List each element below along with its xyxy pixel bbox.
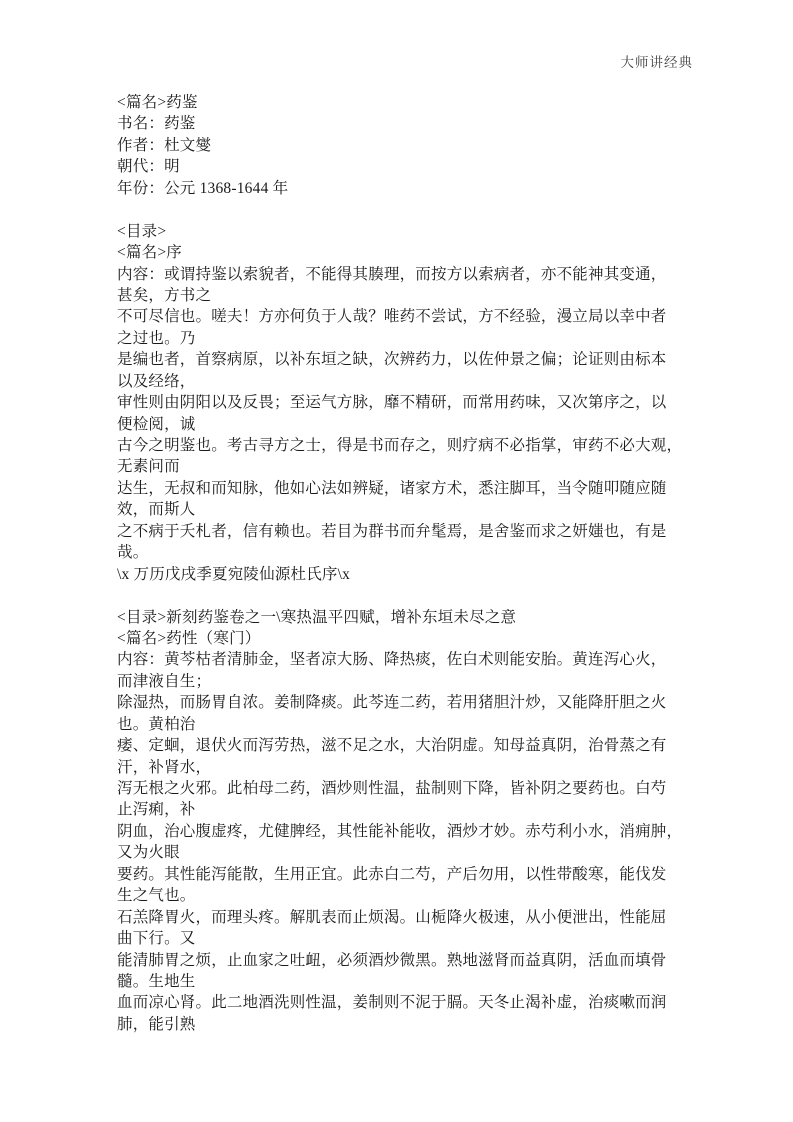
text-line: 而津液自生； [117,671,693,692]
text-line: 之过也。乃 [117,328,693,349]
text-line: 又为火眼 [117,842,693,863]
text-line: 内容：或谓持鉴以索貌者，不能得其腠理，而按方以索病者，亦不能神其变通， [117,264,693,285]
text-line: <目录> [117,221,693,242]
text-line: 作者：杜文燮 [117,135,693,156]
text-line: 年份：公元 1368-1644 年 [117,178,693,199]
text-line: 肺，能引熟 [117,1014,693,1035]
text-line: <篇名>序 [117,242,693,263]
text-line: 以及经络， [117,371,693,392]
text-line: 汗，补肾水， [117,757,693,778]
text-line: 除湿热，而肠胃自浓。姜制降痰。此芩连二药，若用猪胆汁炒，又能降肝胆之火 [117,692,693,713]
text-line: <目录>新刻药鉴卷之一\寒热温平四赋，增补东垣未尽之意 [117,607,693,628]
text-line: 无素问而 [117,456,693,477]
blank-line [117,585,693,606]
text-line: 审性则由阴阳以及反畏；至运气方脉，靡不精研，而常用药味，又次第序之，以 [117,392,693,413]
text-line: 曲下行。又 [117,928,693,949]
text-line: 哉。 [117,542,693,563]
text-line: \x 万历戊戌季夏宛陵仙源杜氏序\x [117,564,693,585]
text-line: 内容：黄芩枯者清肺金，坚者凉大肠、降热痰，佐白术则能安胎。黄连泻心火， [117,649,693,670]
text-line: 之不病于夭札者，信有赖也。若目为群书而弁髦焉，是舍鉴而求之妍媸也，有是 [117,521,693,542]
text-line: 髓。生地生 [117,971,693,992]
document-page: 大师讲经典 <篇名>药鉴书名：药鉴作者：杜文燮朝代：明年份：公元 1368-16… [0,0,793,1122]
text-line: 达生，无叔和而知脉，他如心法如辨疑，诸家方术，悉注脚耳，当令随叩随应随 [117,478,693,499]
text-line: 便检阅，诚 [117,414,693,435]
text-line: 血而凉心肾。此二地酒洗则性温，姜制则不泥于膈。天冬止渴补虚，治痰嗽而润 [117,992,693,1013]
text-line: 痿、定蛔，退伏火而泻劳热，滋不足之水，大治阴虚。知母益真阴，治骨蒸之有 [117,735,693,756]
text-line: 也。黄柏治 [117,714,693,735]
page-header-text: 大师讲经典 [0,54,693,72]
text-line: 不可尽信也。嗟夫！方亦何负于人哉？唯药不尝试，方不经验，漫立局以幸中者 [117,306,693,327]
text-line: 要药。其性能泻能散，生用正宜。此赤白二芍，产后勿用，以性带酸寒，能伐发 [117,864,693,885]
text-line: 效，而斯人 [117,499,693,520]
text-line: 生之气也。 [117,885,693,906]
document-body: <篇名>药鉴书名：药鉴作者：杜文燮朝代：明年份：公元 1368-1644 年 <… [117,92,693,1035]
text-line: 甚矣，方书之 [117,285,693,306]
text-line: <篇名>药鉴 [117,92,693,113]
text-line: 止泻痢，补 [117,799,693,820]
text-line: 是编也者，首察病原，以补东垣之缺，次辨药力，以佐仲景之偏；论证则由标本 [117,349,693,370]
text-line: 泻无根之火邪。此柏母二药，酒炒则性温，盐制则下降，皆补阴之要药也。白芍 [117,778,693,799]
text-line: 石羔降胃火，而理头疼。解肌表而止烦渴。山栀降火极速，从小便泄出，性能屈 [117,907,693,928]
text-line: 书名：药鉴 [117,113,693,134]
blank-line [117,199,693,220]
text-line: 能清肺胃之烦，止血家之吐衄，必须酒炒微黑。熟地滋肾而益真阴，活血而填骨 [117,950,693,971]
text-line: 阴血，治心腹虚疼，尤健脾经，其性能补能收，酒炒才妙。赤芍利小水，消痈肿， [117,821,693,842]
text-line: 朝代：明 [117,156,693,177]
text-line: 古今之明鉴也。考古寻方之士，得是书而存之，则疗病不必指掌，审药不必大观， [117,435,693,456]
text-line: <篇名>药性（寒门） [117,628,693,649]
